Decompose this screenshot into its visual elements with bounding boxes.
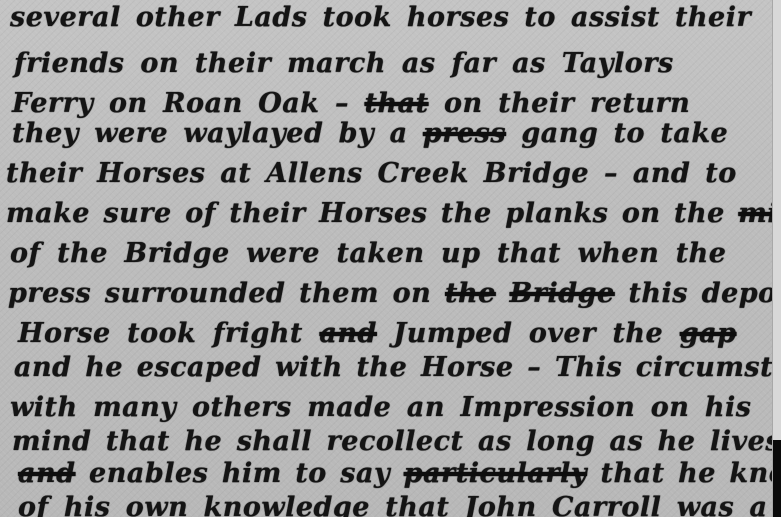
manuscript-word: surrounded <box>105 278 286 309</box>
manuscript-line-4: they were waylayed by a press gang to ta… <box>12 118 728 149</box>
manuscript-word: press <box>423 118 506 149</box>
manuscript-word: Horse <box>18 318 111 349</box>
manuscript-line-3: Ferry on Roan Oak – that on their return <box>12 88 690 119</box>
manuscript-word: of <box>185 198 216 229</box>
manuscript-word: this <box>628 278 688 309</box>
manuscript-word: Roan <box>163 88 243 119</box>
manuscript-word: were <box>94 118 168 149</box>
manuscript-line-8: press surrounded them on the Bridge this… <box>8 278 781 309</box>
manuscript-word: press <box>8 278 91 309</box>
manuscript-word: planks <box>505 198 608 229</box>
manuscript-word: took <box>127 318 196 349</box>
manuscript-word: the <box>674 198 725 229</box>
manuscript-line-6: make sure of their Horses the planks on … <box>6 198 781 229</box>
manuscript-word: sure <box>103 198 171 229</box>
manuscript-line-10: and he escaped with the Horse – This cir… <box>14 352 781 383</box>
manuscript-word: take <box>660 118 728 149</box>
manuscript-word: return <box>590 88 690 119</box>
manuscript-word: gap <box>680 318 737 349</box>
manuscript-word: over <box>529 318 596 349</box>
manuscript-line-7: of the Bridge were taken up that when th… <box>10 238 727 269</box>
manuscript-word: Jumped <box>393 318 512 349</box>
manuscript-line-12: mind that he shall recollect as long as … <box>12 426 781 457</box>
manuscript-word: their <box>498 88 574 119</box>
manuscript-word: on <box>622 198 661 229</box>
manuscript-word: say <box>340 458 390 489</box>
page-edge-dark-bar <box>773 440 781 517</box>
manuscript-word: they <box>12 118 79 149</box>
manuscript-word: and <box>18 458 76 489</box>
manuscript-word: deponents <box>702 278 781 309</box>
manuscript-line-14: of his own knowledge that John Carroll w… <box>18 492 767 517</box>
manuscript-line-1: several other Lads took horses to assist… <box>10 2 751 33</box>
manuscript-word: that <box>601 458 665 489</box>
manuscript-word: he <box>678 458 716 489</box>
manuscript-line-5: their Horses at Allens Creek Bridge – an… <box>6 158 737 189</box>
manuscript-word: to <box>295 458 326 489</box>
manuscript-word: to <box>614 118 645 149</box>
manuscript-word: particularly <box>404 458 587 489</box>
manuscript-line-11: with many others made an Impression on h… <box>10 392 751 423</box>
manuscript-line-2: friends on their march as far as Taylors <box>14 48 674 79</box>
manuscript-word: him <box>222 458 282 489</box>
manuscript-page: several other Lads took horses to assist… <box>0 0 781 517</box>
manuscript-line-13: and enables him to say particularly that… <box>18 458 781 489</box>
manuscript-word: by <box>339 118 375 149</box>
manuscript-word: the <box>445 278 496 309</box>
manuscript-word: the <box>441 198 492 229</box>
manuscript-word: and <box>319 318 377 349</box>
manuscript-word: enables <box>89 458 208 489</box>
manuscript-word: the <box>612 318 663 349</box>
manuscript-word: waylayed <box>183 118 323 149</box>
manuscript-word: – <box>335 88 349 119</box>
manuscript-word: Bridge <box>509 278 614 309</box>
manuscript-word: gang <box>521 118 598 149</box>
manuscript-word: fright <box>213 318 303 349</box>
manuscript-word: on <box>109 88 148 119</box>
manuscript-word: on <box>444 88 483 119</box>
manuscript-word: on <box>393 278 432 309</box>
manuscript-word: a <box>390 118 408 149</box>
manuscript-word: make <box>6 198 90 229</box>
manuscript-word: them <box>299 278 379 309</box>
manuscript-line-9: Horse took fright and Jumped over the ga… <box>18 318 737 349</box>
manuscript-word: Oak <box>258 88 319 119</box>
manuscript-word: that <box>364 88 428 119</box>
manuscript-word: Ferry <box>12 88 94 119</box>
manuscript-word: Horses <box>319 198 427 229</box>
manuscript-word: their <box>229 198 305 229</box>
